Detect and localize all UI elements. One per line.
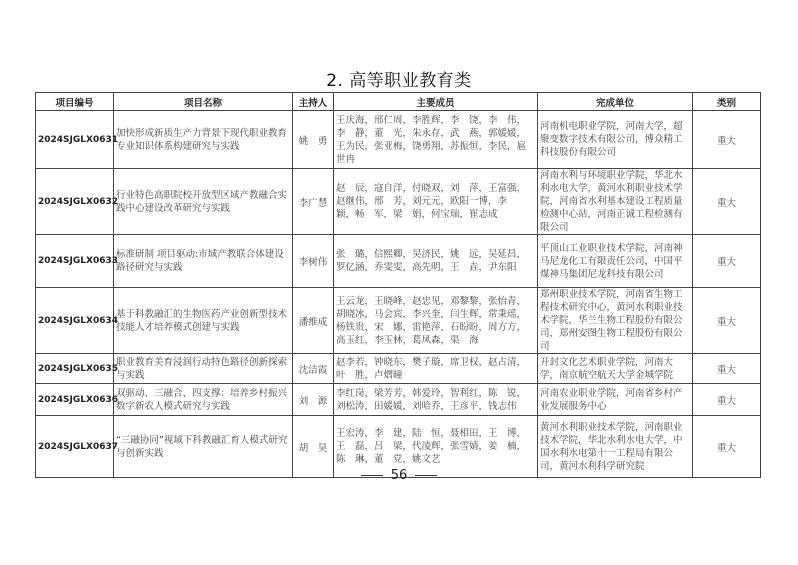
table-header-row: 项目编号 项目名称 主持人 主要成员 完成单位 类别 [36, 93, 761, 111]
project-host: 李广慧 [293, 169, 334, 235]
header-project-name: 项目名称 [114, 93, 293, 111]
section-title: 2. 高等职业教育类 [0, 66, 798, 91]
project-code: 2024SJGLX0635 [36, 354, 114, 384]
header-unit: 完成单位 [538, 93, 693, 111]
project-category: 重大 [693, 384, 761, 416]
project-code: 2024SJGLX0636 [36, 384, 114, 416]
project-members: 李红岗，梁芳芳，韩爱玲，智利红，陈 锐，刘松涛，田媛媛，刘哈乔，王彦平，钱志伟 [334, 384, 538, 416]
project-members: 赵 辰，寇自洋，付晓双，刘 萍，王富强，赵继伟，邢 芳，刘元元，欧阳一博，李 颖… [334, 169, 538, 235]
table-row: 2024SJGLX0631 加快形成新质生产力背景下现代职业教育专业知识体系构建… [36, 111, 761, 169]
project-host: 李树伟 [293, 235, 334, 288]
header-project-code: 项目编号 [36, 93, 114, 111]
page-number-dash-left [361, 475, 383, 476]
project-host: 刘 源 [293, 384, 334, 416]
project-unit: 河南机电职业学院，河南大学，超聚变数字技术有限公司，博众精工科技股份有限公司 [538, 111, 693, 169]
header-host: 主持人 [293, 93, 334, 111]
project-table: 项目编号 项目名称 主持人 主要成员 完成单位 类别 2024SJGLX0631… [35, 92, 761, 478]
project-name: 职业教育美育浸润行动特色路径创新探索与实践 [114, 354, 293, 384]
table-row: 2024SJGLX0635 职业教育美育浸润行动特色路径创新探索与实践 沈洁霞 … [36, 354, 761, 384]
project-name: 行业特色高职院校开放型区域产教融合实践中心建设改革研究与实践 [114, 169, 293, 235]
project-code: 2024SJGLX0633 [36, 235, 114, 288]
project-unit: 河南水利与环境职业学院，华北水利水电大学，黄河水利职业技术学院，河南省水利基本建… [538, 169, 693, 235]
project-unit: 平顶山工业职业技术学院，河南神马尼龙化工有限责任公司，中国平煤神马集团尼龙科技有… [538, 235, 693, 288]
project-members: 王庆海，邢仁周，李胜辉，李 饶，李 伟，李 静，董 光，朱永存，武 燕，郭媛媛，… [334, 111, 538, 169]
project-category: 重大 [693, 235, 761, 288]
project-host: 姚 勇 [293, 111, 334, 169]
project-category: 重大 [693, 111, 761, 169]
header-category: 类别 [693, 93, 761, 111]
project-category: 重大 [693, 288, 761, 354]
table-row: 2024SJGLX0632 行业特色高职院校开放型区域产教融合实践中心建设改革研… [36, 169, 761, 235]
project-name: 双驱动、三融合、四支撑：培养乡村振兴数字新农人模式研究与实践 [114, 384, 293, 416]
project-unit: 郑州职业技术学院，河南省生物工程技术研究中心，黄河水利职业技术学院，华兰生物工程… [538, 288, 693, 354]
project-members: 张 璐，信熙卿，吴济民，姚 远，吴延昌，罗亿涵，乔雯雯，高先明，王 垚，尹东阳 [334, 235, 538, 288]
page-number: 56 [391, 468, 408, 483]
project-unit: 河南农业职业学院，河南省乡村产业发展服务中心 [538, 384, 693, 416]
project-code: 2024SJGLX0631 [36, 111, 114, 169]
project-code: 2024SJGLX0632 [36, 169, 114, 235]
project-code: 2024SJGLX0634 [36, 288, 114, 354]
project-members: 王云龙，王晓峰，赵忠见，邓黎黎，张怡青，胡晓冰，马会宾，李兴奎，闫生辉，常秉瑶，… [334, 288, 538, 354]
project-host: 潘维成 [293, 288, 334, 354]
project-name: 基于科教融汇的生物医药产业创新型技术技能人才培养模式创建与实践 [114, 288, 293, 354]
table-row: 2024SJGLX0636 双驱动、三融合、四支撑：培养乡村振兴数字新农人模式研… [36, 384, 761, 416]
project-unit: 开封文化艺术职业学院，河南大学，南京航空航天大学金城学院 [538, 354, 693, 384]
project-name: 加快形成新质生产力背景下现代职业教育专业知识体系构建研究与实践 [114, 111, 293, 169]
project-members: 赵李若，钟晓东，樊子璇，席卫权，赵占清，叶 胜，卢熠曈 [334, 354, 538, 384]
project-category: 重大 [693, 169, 761, 235]
table-row: 2024SJGLX0634 基于科教融汇的生物医药产业创新型技术技能人才培养模式… [36, 288, 761, 354]
table-row: 2024SJGLX0633 标准研制 项目驱动:市域产教联合体建设路径研究与实践… [36, 235, 761, 288]
page-number-footer: 56 [0, 468, 798, 483]
project-name: 标准研制 项目驱动:市域产教联合体建设路径研究与实践 [114, 235, 293, 288]
page-number-dash-right [415, 475, 437, 476]
project-host: 沈洁霞 [293, 354, 334, 384]
project-category: 重大 [693, 354, 761, 384]
header-members: 主要成员 [334, 93, 538, 111]
